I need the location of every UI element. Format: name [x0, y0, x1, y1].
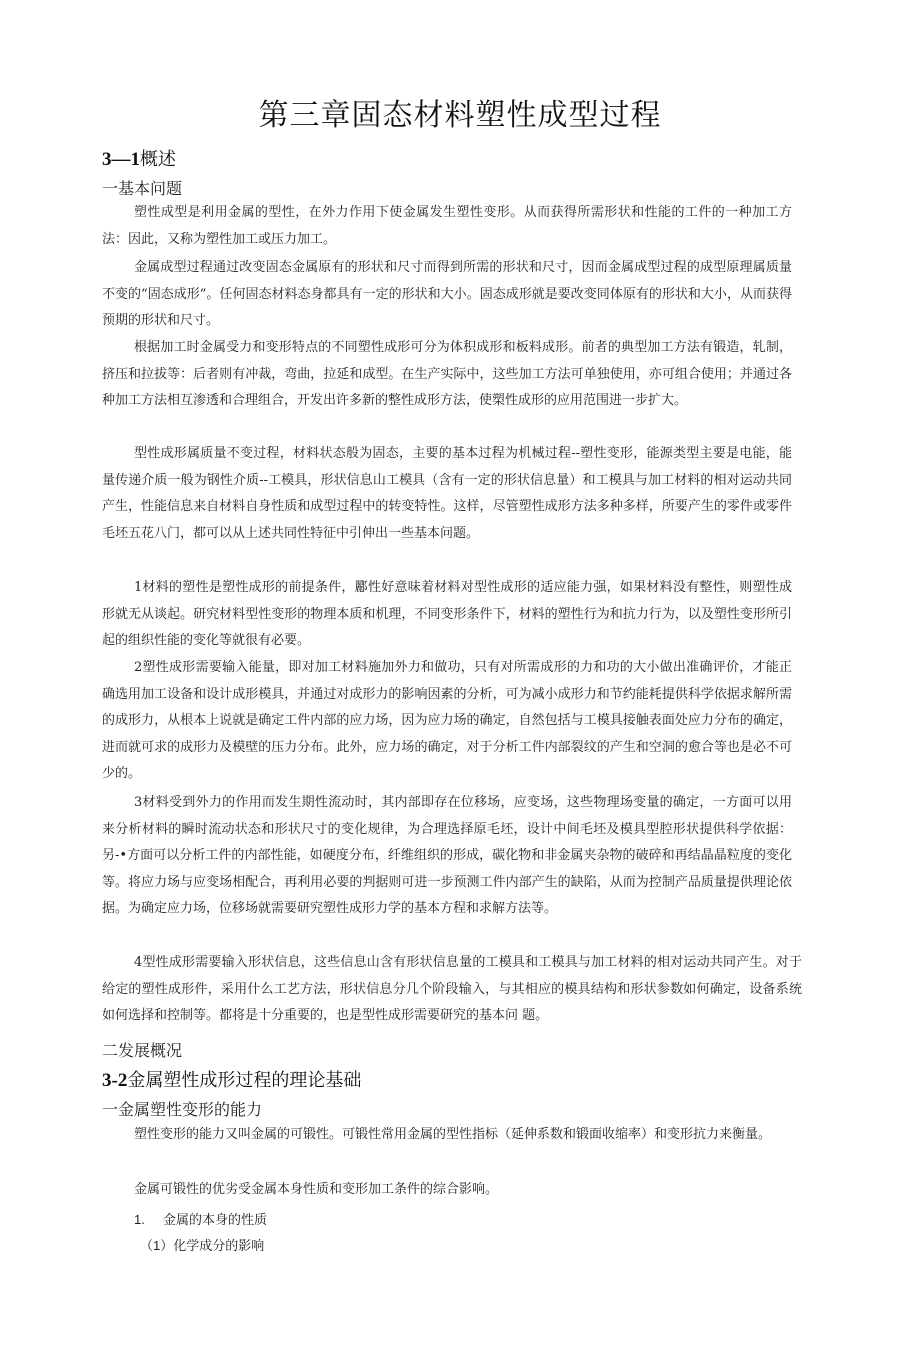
list-text: 化学成分的影响 [173, 1239, 264, 1254]
paragraph: 4型性成形需要输入形状信息，这些信息山含有形状信息量的工模具和工模具与加工材料的… [102, 950, 802, 1030]
chapter-title: 第三章固态材料塑性成型过程 [0, 90, 920, 134]
subsection-heading-plastic-deformation-ability: 一金属塑性变形的能力 [102, 1097, 262, 1120]
section-heading-3-2: 3-2金属塑性成形过程的理论基础 [102, 1066, 361, 1092]
subsection-heading-development: 二发展概况 [102, 1038, 182, 1061]
paragraph: 1材料的塑性是塑性成形的前提条件，酈性好意味着材料对型性成形的适应能力强，如果材… [102, 575, 792, 655]
paragraph: 金属成型过程通过改变固态金属原有的形状和尺寸而得到所需的形状和尺寸，因而金属成型… [102, 255, 792, 335]
section-number: 3-2 [102, 1070, 127, 1091]
paragraph: 金属可锻性的优劣受金属本身性质和变形加工条件的综合影响。 [102, 1177, 792, 1204]
paragraph: 2塑性成形需要输入能量，即对加工材料施加外力和做功，只有对所需成形的力和功的大小… [102, 655, 792, 788]
list-text: 金属的本身的性质 [163, 1213, 267, 1228]
document-page: 第三章固态材料塑性成型过程 3—1概述 一基本问题 塑性成型是利用金属的型性，在… [0, 0, 920, 1361]
section-title: 金属塑性成形过程的理论基础 [127, 1070, 361, 1091]
section-number: 3—1 [102, 149, 140, 170]
list-marker: （1） [140, 1238, 173, 1253]
paragraph: 塑性变形的能力又叫金属的可锻性。可锻性常用金属的型性指标（延伸系数和锻面收缩率）… [102, 1122, 792, 1149]
paragraph: 3材料受到外力的作用而发生期性流动时，其内部即存在位移场，应变场，这些物理场变量… [102, 790, 792, 923]
list-item: （1）化学成分的影响 [140, 1235, 264, 1254]
section-title: 概述 [140, 149, 176, 170]
paragraph: 塑性成型是利用金属的型性，在外力作用下使金属发生塑性变形。从而获得所需形状和性能… [102, 200, 792, 253]
list-item: 1. 金属的本身的性质 [134, 1209, 267, 1228]
subsection-heading-basic-problems: 一基本问题 [102, 176, 182, 199]
paragraph: 型性成形属质量不变过程，材料状态般为固态，主要的基本过程为机械过程--塑性变形，… [102, 441, 792, 547]
section-heading-3-1: 3—1概述 [102, 145, 176, 171]
list-marker: 1. [134, 1212, 145, 1227]
paragraph: 根据加工时金属受力和变形特点的不同塑性成形可分为体积成形和板料成形。前者的典型加… [102, 335, 792, 415]
